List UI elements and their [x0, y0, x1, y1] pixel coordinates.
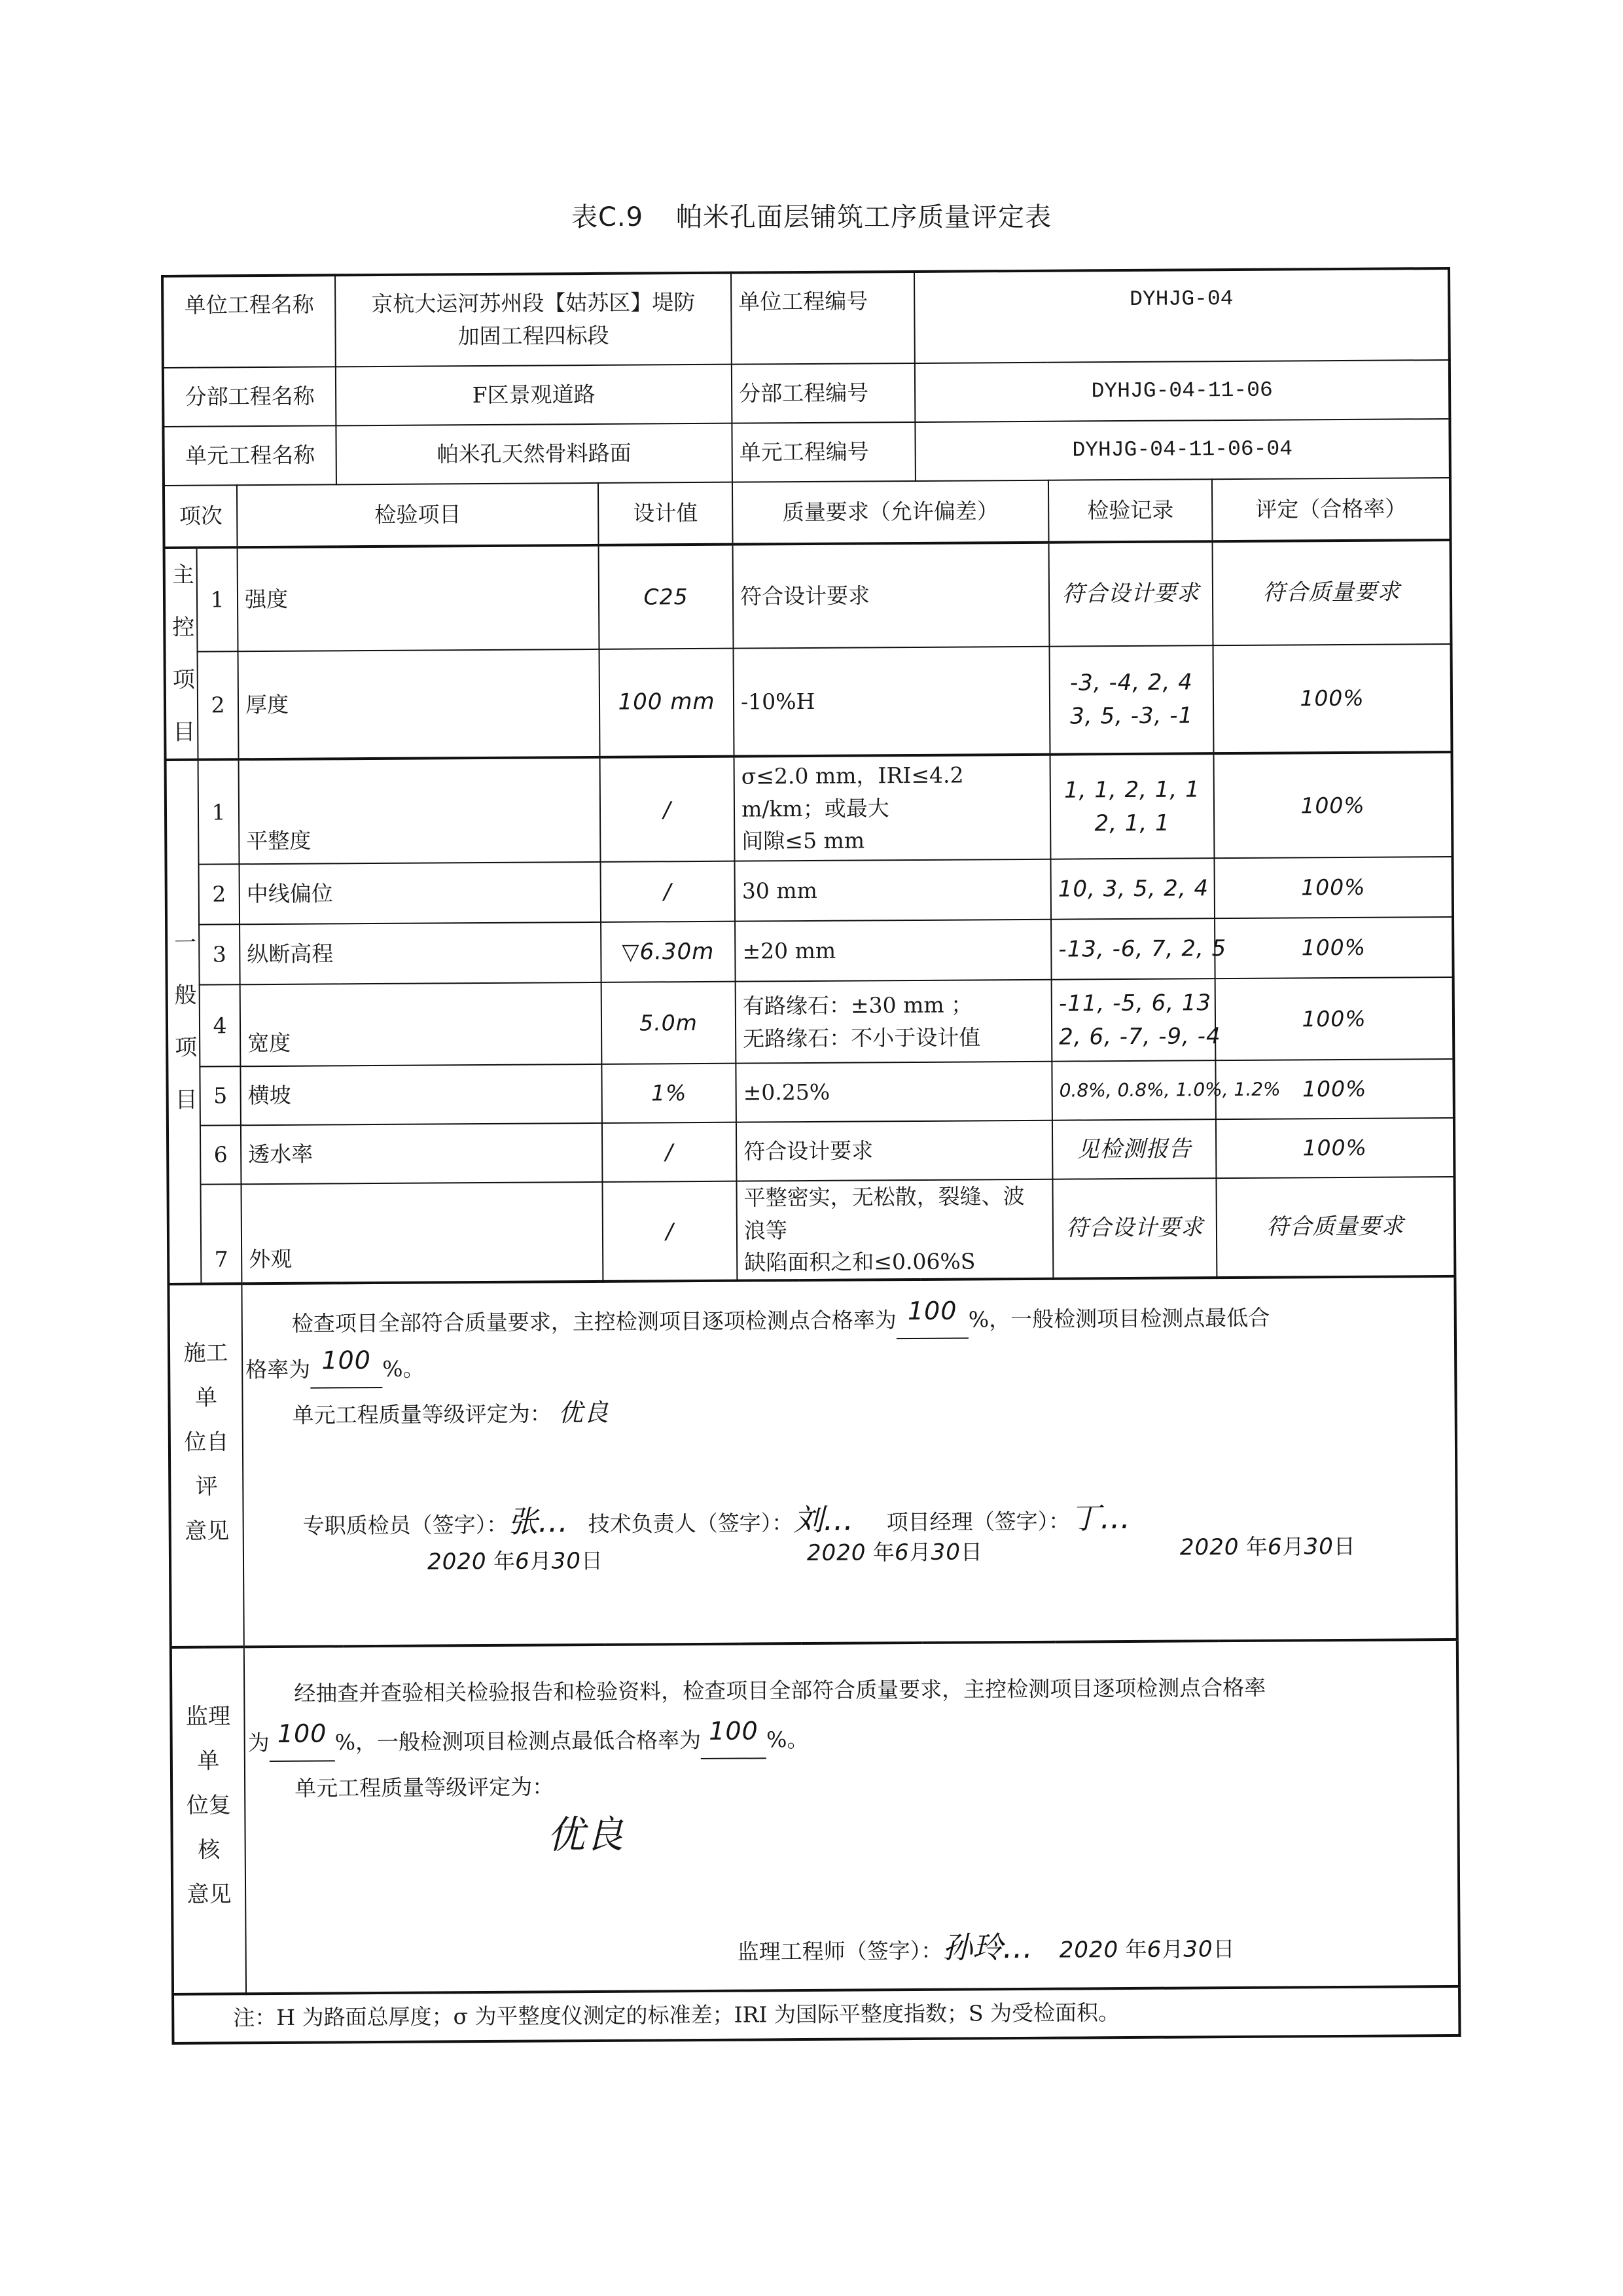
- contractor-opinion-label: 施工单 位自评 意见: [168, 1283, 243, 1647]
- design-value: 5.0m: [601, 982, 736, 1064]
- division-project-row: 分部工程名称 F区景观道路 分部工程编号 DYHJG-04-11-06: [163, 360, 1450, 427]
- design-value: 100 mm: [599, 648, 734, 757]
- tech-lead-date: 2020 年6月30日: [807, 1535, 982, 1570]
- supervisor-opinion-line2: 为100%，一般检测项目检测点最低合格率为100%。: [248, 1719, 809, 1761]
- contractor-grade: 优良: [558, 1397, 609, 1426]
- item-no: 2: [199, 864, 240, 924]
- design-value: 1%: [601, 1064, 736, 1123]
- item-name: 中线偏位: [240, 862, 601, 924]
- division-project-code: DYHJG-04-11-06: [915, 360, 1450, 422]
- quality-requirement: 平整密实，无松散，裂缝、波浪等 缺陷面积之和≤0.06%S: [737, 1179, 1054, 1280]
- general-row-4: 4 宽度 5.0m 有路缘石：±30 mm ； 无路缘石：不小于设计值 -11,…: [167, 977, 1454, 1067]
- division-project-name-label: 分部工程名称: [163, 367, 336, 427]
- item-no: 6: [200, 1125, 241, 1184]
- col-inspection-item: 检验项目: [237, 483, 599, 547]
- general-row-3: 3 纵断高程 ▽6.30m ±20 mm -13, -6, 7, 2, 5 10…: [166, 917, 1454, 985]
- item-no: 1: [197, 547, 238, 651]
- note-row: 注：H 为路面总厚度；σ 为平整度仪测定的标准差；IRI 为国际平整度指数；S …: [173, 1986, 1459, 2043]
- contractor-opinion-row: 施工单 位自评 意见 检查项目全部符合质量要求，主控检测项目逐项检测点合格率为1…: [168, 1276, 1457, 1647]
- unit-project-name: 京杭大运河苏州段【姑苏区】堤防 加固工程四标段: [335, 273, 732, 367]
- inspection-record: -11, -5, 6, 13 2, 6, -7, -9, -4: [1052, 978, 1216, 1062]
- supervisor-signature-line: 监理工程师（签字）：孙玲… 2020 年6月30日: [737, 1924, 1234, 1972]
- element-project-code: DYHJG-04-11-06-04: [915, 419, 1450, 481]
- unit-project-name-label: 单位工程名称: [162, 275, 336, 368]
- general-row-5: 5 横坡 1% ±0.25% 0.8%, 0.8%, 1.0%, 1.2% 10…: [167, 1059, 1454, 1126]
- inspection-record: 0.8%, 0.8%, 1.0%, 1.2%: [1052, 1060, 1216, 1121]
- evaluation: 100%: [1215, 857, 1454, 918]
- supervisor-grade: 优良: [546, 1806, 624, 1863]
- item-name: 横坡: [240, 1064, 602, 1125]
- supervisor-opinion-line1: 经抽查并查验相关检验报告和检验资料，检查项目全部符合质量要求，主控检测项目逐项检…: [294, 1671, 1266, 1710]
- supervisor-opinion-body: 经抽查并查验相关检验报告和检验资料，检查项目全部符合质量要求，主控检测项目逐项检…: [244, 1639, 1459, 1993]
- item-no: 7: [200, 1184, 241, 1283]
- item-name: 纵断高程: [240, 922, 601, 984]
- inspection-record: 10, 3, 5, 2, 4: [1051, 858, 1215, 920]
- evaluation: 100%: [1215, 977, 1454, 1060]
- main-row-1: 主 控 项 目 1 强度 C25 符合设计要求 符合设计要求 符合质量要求: [164, 540, 1452, 652]
- general-row-1: 一 般 项 目 1 平整度 / σ≤2.0 mm，IRI≤4.2 m/km；或最…: [166, 752, 1453, 865]
- item-name: 强度: [238, 545, 599, 651]
- design-value: /: [602, 1122, 737, 1182]
- inspection-record: -13, -6, 7, 2, 5: [1051, 918, 1215, 980]
- element-project-code-label: 单元工程编号: [732, 422, 916, 482]
- division-project-code-label: 分部工程编号: [732, 363, 916, 423]
- unit-project-code: DYHJG-04: [914, 268, 1450, 363]
- element-project-name: 帕米孔天然骨料路面: [336, 423, 732, 485]
- quality-requirement: ±0.25%: [736, 1062, 1052, 1122]
- design-value: ▽6.30m: [601, 922, 736, 982]
- evaluation: 符合质量要求: [1217, 1177, 1455, 1278]
- element-project-name-label: 单元工程名称: [163, 425, 336, 486]
- general-row-6: 6 透水率 / 符合设计要求 见检测报告 100%: [168, 1118, 1455, 1185]
- evaluation: 100%: [1213, 644, 1452, 754]
- design-value: /: [603, 1181, 738, 1282]
- table-title: 帕米孔面层铺筑工序质量评定表: [676, 202, 1052, 232]
- engineer-signature: 孙玲…: [942, 1929, 1033, 1965]
- quality-requirement: 符合设计要求: [733, 543, 1050, 649]
- main-row-2: 2 厚度 100 mm -10%H -3, -4, 2, 4 3, 5, -3,…: [165, 644, 1452, 760]
- evaluation: 符合质量要求: [1213, 540, 1452, 645]
- design-value: C25: [599, 545, 734, 649]
- quality-requirement: 有路缘石：±30 mm ； 无路缘石：不小于设计值: [736, 980, 1052, 1064]
- general-rate-blank: 100: [701, 1720, 766, 1759]
- contractor-signature-line: 专职质检员（签字）：张… 技术负责人（签字）：刘… 项目经理（签字）：丁…: [302, 1495, 1130, 1545]
- contractor-opinion-line1: 检查项目全部符合质量要求，主控检测项目逐项检测点合格率为100%，一般检测项目检…: [292, 1298, 1270, 1342]
- col-inspection-record: 检验记录: [1048, 479, 1213, 543]
- table-code: 表C.9: [571, 202, 643, 232]
- evaluation-table: 单位工程名称 京杭大运河苏州段【姑苏区】堤防 加固工程四标段 单位工程编号 DY…: [161, 267, 1461, 2044]
- design-value: /: [601, 861, 736, 922]
- item-no: 1: [198, 759, 240, 864]
- item-name: 厚度: [238, 649, 600, 760]
- quality-requirement: -10%H: [734, 646, 1050, 756]
- contractor-grade-line: 单元工程质量等级评定为：优良: [292, 1393, 609, 1433]
- evaluation-form: 单位工程名称 京杭大运河苏州段【姑苏区】堤防 加固工程四标段 单位工程编号 DY…: [161, 267, 1458, 2016]
- design-value: /: [600, 757, 735, 862]
- item-name: 外观: [241, 1182, 603, 1283]
- evaluation: 100%: [1214, 752, 1453, 858]
- general-row-2: 2 中线偏位 / 30 mm 10, 3, 5, 2, 4 100%: [166, 857, 1454, 925]
- column-header-row: 项次 检验项目 设计值 质量要求（允许偏差） 检验记录 评定（合格率）: [164, 478, 1451, 548]
- quality-requirement: 30 mm: [735, 859, 1052, 922]
- quality-requirement: σ≤2.0 mm，IRI≤4.2 m/km；或最大 间隙≤5 mm: [734, 755, 1051, 861]
- inspection-record: 见检测报告: [1052, 1119, 1217, 1179]
- pm-signature: 丁…: [1070, 1499, 1130, 1535]
- main-rate-blank: 100: [270, 1723, 335, 1762]
- item-no: 4: [200, 984, 241, 1066]
- unit-project-row: 单位工程名称 京杭大运河苏州段【姑苏区】堤防 加固工程四标段 单位工程编号 DY…: [162, 268, 1450, 368]
- main-control-group-label: 主 控 项 目: [164, 548, 198, 760]
- col-item-no: 项次: [164, 485, 238, 548]
- evaluation: 100%: [1215, 917, 1454, 978]
- col-design-value: 设计值: [598, 482, 733, 545]
- inspector-signature: 张…: [508, 1503, 568, 1539]
- main-rate-blank: 100: [897, 1300, 969, 1339]
- quality-requirement: ±20 mm: [735, 920, 1052, 982]
- division-project-name: F区景观道路: [336, 365, 732, 426]
- item-name: 宽度: [240, 982, 602, 1066]
- col-evaluation: 评定（合格率）: [1212, 478, 1451, 541]
- evaluation: 100%: [1216, 1118, 1455, 1178]
- item-name: 平整度: [239, 757, 601, 864]
- footnote: 注：H 为路面总厚度；σ 为平整度仪测定的标准差；IRI 为国际平整度指数；S …: [173, 1986, 1459, 2043]
- inspection-record: 1, 1, 2, 1, 1 2, 1, 1: [1050, 753, 1215, 859]
- supervisor-grade-label: 单元工程质量等级评定为：: [294, 1770, 554, 1804]
- inspector-date: 2020 年6月30日: [427, 1544, 603, 1579]
- supervisor-opinion-label: 监理单 位复核 意见: [171, 1647, 246, 1994]
- pm-date: 2020 年6月30日: [1180, 1530, 1355, 1564]
- general-group-label: 一 般 项 目: [166, 760, 202, 1284]
- tech-lead-signature: 刘…: [793, 1501, 853, 1537]
- page-title: 表C.9帕米孔面层铺筑工序质量评定表: [0, 196, 1623, 234]
- inspection-record: 符合设计要求: [1053, 1178, 1217, 1278]
- unit-project-code-label: 单位工程编号: [731, 272, 915, 365]
- col-quality-requirement: 质量要求（允许偏差）: [732, 480, 1049, 545]
- supervisor-opinion-row: 监理单 位复核 意见 经抽查并查验相关检验报告和检验资料，检查项目全部符合质量要…: [171, 1639, 1459, 1994]
- inspection-record: -3, -4, 2, 4 3, 5, -3, -1: [1050, 645, 1214, 755]
- contractor-opinion-body: 检查项目全部符合质量要求，主控检测项目逐项检测点合格率为100%，一般检测项目检…: [241, 1276, 1457, 1646]
- element-project-row: 单元工程名称 帕米孔天然骨料路面 单元工程编号 DYHJG-04-11-06-0…: [163, 419, 1450, 486]
- item-no: 5: [200, 1066, 241, 1125]
- general-row-7: 7 外观 / 平整密实，无松散，裂缝、波浪等 缺陷面积之和≤0.06%S 符合设…: [168, 1177, 1455, 1284]
- quality-requirement: 符合设计要求: [736, 1121, 1053, 1181]
- general-rate-blank: 100: [310, 1349, 382, 1388]
- item-no: 2: [198, 651, 239, 760]
- contractor-opinion-line2: 格率为100%。: [245, 1349, 425, 1389]
- item-name: 透水率: [241, 1123, 603, 1184]
- inspection-record: 符合设计要求: [1049, 541, 1213, 646]
- item-no: 3: [199, 924, 240, 984]
